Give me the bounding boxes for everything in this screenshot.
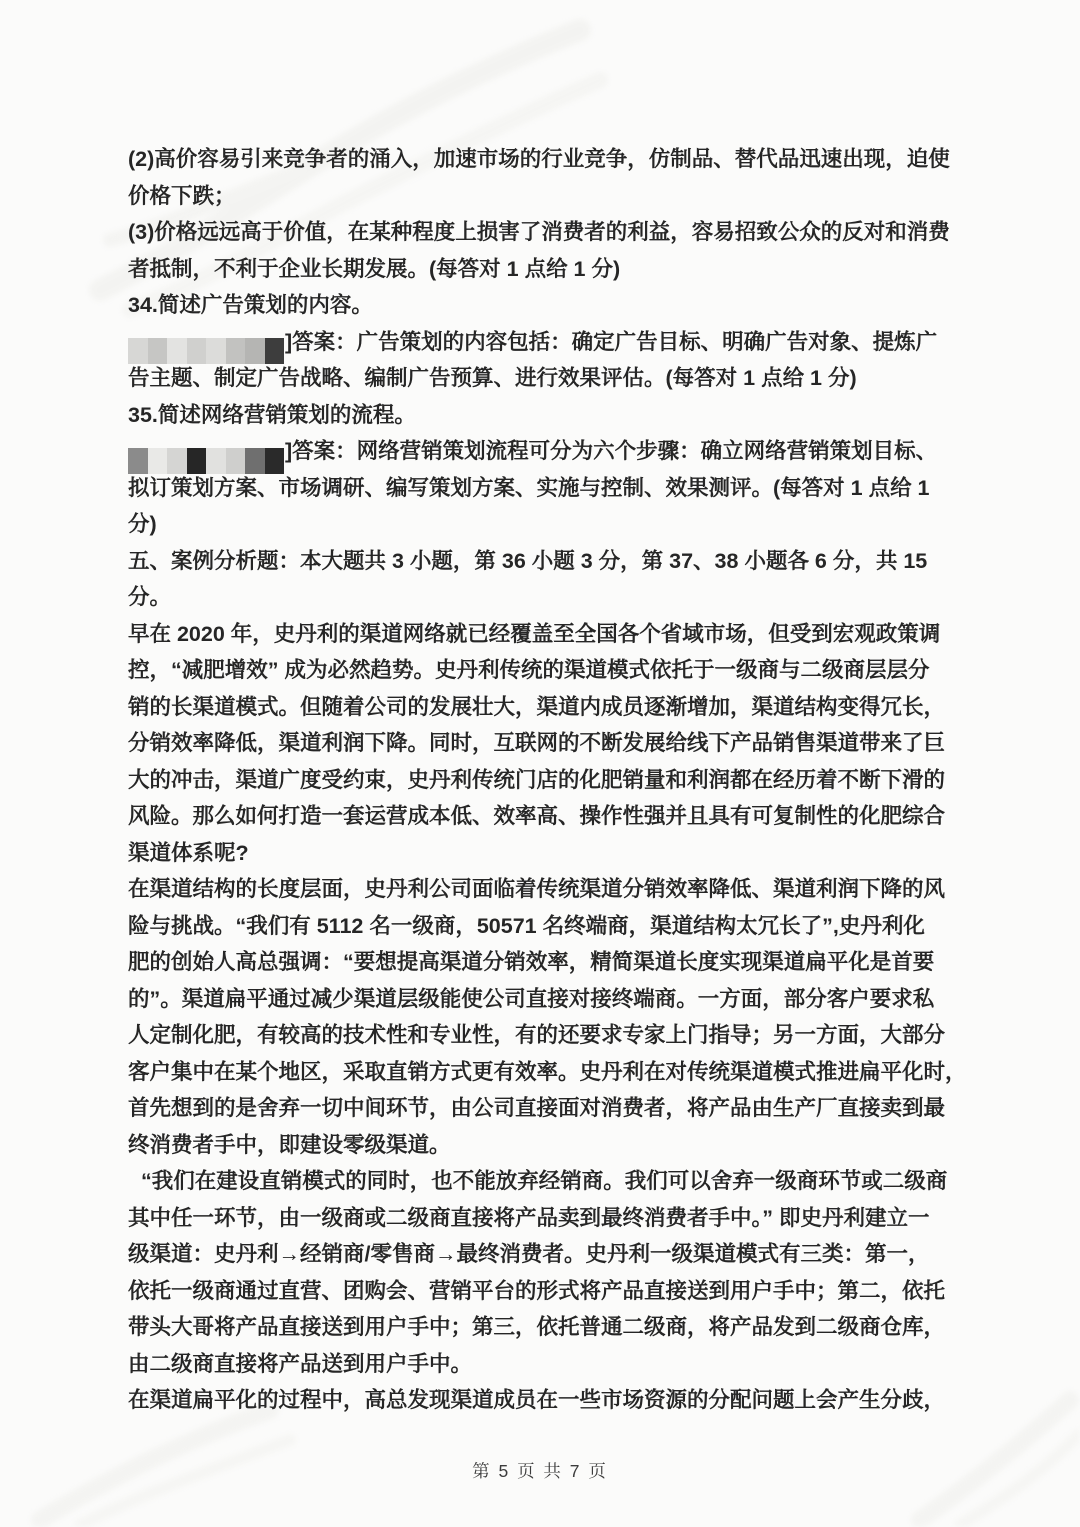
text-line: 人定制化肥，有较高的技术性和专业性，有的还要求专家上门指导；另一方面，大部分 — [128, 1017, 956, 1054]
text-line: 在渠道结构的长度层面，史丹利公司面临着传统渠道分销效率降低、渠道利润下降的风 — [128, 871, 956, 908]
text-line: ]答案：网络营销策划流程可分为六个步骤：确立网络营销策划目标、 — [128, 433, 956, 470]
line-text: 终消费者手中，即建设零级渠道。 — [128, 1133, 451, 1157]
text-line: 由二级商直接将产品送到用户手中。 — [128, 1346, 956, 1383]
line-text: 34.简述广告策划的内容。 — [128, 293, 373, 317]
line-text: 其中任一环节，由一级商或二级商直接将产品卖到最终消费者手中。” 即史丹利建立一 — [128, 1206, 929, 1230]
line-text: 在渠道扁平化的过程中，高总发现渠道成员在一些市场资源的分配问题上会产生分歧， — [128, 1388, 945, 1412]
line-text: 人定制化肥，有较高的技术性和专业性，有的还要求专家上门指导；另一方面，大部分 — [128, 1023, 945, 1047]
text-line: 大的冲击，渠道广度受约束，史丹利传统门店的化肥销量和利润都在经历着不断下滑的 — [128, 762, 956, 799]
line-text: 价格下跌； — [128, 184, 236, 208]
line-text: ]答案：广告策划的内容包括：确定广告目标、明确广告对象、提炼广 — [285, 330, 937, 354]
line-text: 险与挑战。“我们有 5112 名一级商，50571 名终端商，渠道结构太冗长了”… — [128, 914, 925, 938]
line-text: ]答案：网络营销策划流程可分为六个步骤：确立网络营销策划目标、 — [285, 439, 937, 463]
text-line: 五、案例分析题：本大题共 3 小题，第 36 小题 3 分，第 37、38 小题… — [128, 543, 956, 580]
text-line: 价格下跌； — [128, 178, 956, 215]
text-line: (2)高价容易引来竞争者的涌入，加速市场的行业竞争，仿制品、替代品迅速出现，迫使 — [128, 141, 956, 178]
text-line: 在渠道扁平化的过程中，高总发现渠道成员在一些市场资源的分配问题上会产生分歧， — [128, 1382, 956, 1419]
line-text: 首先想到的是舍弃一切中间环节，由公司直接面对消费者，将产品由生产厂直接卖到最 — [128, 1096, 945, 1120]
text-line: 险与挑战。“我们有 5112 名一级商，50571 名终端商，渠道结构太冗长了”… — [128, 908, 956, 945]
text-line: “我们在建设直销模式的同时，也不能放弃经销商。我们可以舍弃一级商环节或二级商 — [128, 1163, 956, 1200]
line-text: 级渠道：史丹利→经销商/零售商→最终消费者。史丹利一级渠道模式有三类：第一， — [128, 1242, 929, 1266]
censored-mosaic — [128, 328, 284, 354]
line-text: 依托一级商通过直营、团购会、营销平台的形式将产品直接送到用户手中；第二，依托 — [128, 1279, 945, 1303]
text-line: 肥的创始人高总强调：“要想提高渠道分销效率，精简渠道长度实现渠道扁平化是首要 — [128, 944, 956, 981]
line-text: 五、案例分析题：本大题共 3 小题，第 36 小题 3 分，第 37、38 小题… — [128, 549, 927, 573]
text-line: ]答案：广告策划的内容包括：确定广告目标、明确广告对象、提炼广 — [128, 324, 956, 361]
text-line: 分。 — [128, 579, 956, 616]
page-number: 第 5 页 共 7 页 — [472, 1461, 608, 1481]
text-line: 分) — [128, 506, 956, 543]
line-text: 销的长渠道模式。但随着公司的发展壮大，渠道内成员逐渐增加，渠道结构变得冗长， — [128, 695, 945, 719]
line-text: 分。 — [128, 585, 171, 609]
line-text: 分销效率降低，渠道利润下降。同时，互联网的不断发展给线下产品销售渠道带来了巨 — [128, 731, 945, 755]
text-line: 早在 2020 年，史丹利的渠道网络就已经覆盖至全国各个省域市场，但受到宏观政策… — [128, 616, 956, 653]
text-line: (3)价格远远高于价值，在某种程度上损害了消费者的利益，容易招致公众的反对和消费 — [128, 214, 956, 251]
line-text: 的”。渠道扁平通过减少渠道层级能使公司直接对接终端商。一方面，部分客户要求私 — [128, 987, 934, 1011]
document-body: (2)高价容易引来竞争者的涌入，加速市场的行业竞争，仿制品、替代品迅速出现，迫使… — [128, 141, 956, 1419]
text-line: 控，“减肥增效” 成为必然趋势。史丹利传统的渠道模式依托于一级商与二级商层层分 — [128, 652, 956, 689]
text-line: 依托一级商通过直营、团购会、营销平台的形式将产品直接送到用户手中；第二，依托 — [128, 1273, 956, 1310]
line-text: (3)价格远远高于价值，在某种程度上损害了消费者的利益，容易招致公众的反对和消费 — [128, 220, 950, 244]
line-text: 风险。那么如何打造一套运营成本低、效率高、操作性强并且具有可复制性的化肥综合 — [128, 804, 945, 828]
line-text: 客户集中在某个地区，采取直销方式更有效率。史丹利在对传统渠道模式推进扁平化时， — [128, 1060, 967, 1084]
text-line: 终消费者手中，即建设零级渠道。 — [128, 1127, 956, 1164]
text-line: 销的长渠道模式。但随着公司的发展壮大，渠道内成员逐渐增加，渠道结构变得冗长， — [128, 689, 956, 726]
text-line: 34.简述广告策划的内容。 — [128, 287, 956, 324]
line-text: 早在 2020 年，史丹利的渠道网络就已经覆盖至全国各个省域市场，但受到宏观政策… — [128, 622, 940, 646]
line-text: 在渠道结构的长度层面，史丹利公司面临着传统渠道分销效率降低、渠道利润下降的风 — [128, 877, 945, 901]
line-text: (2)高价容易引来竞争者的涌入，加速市场的行业竞争，仿制品、替代品迅速出现，迫使 — [128, 147, 950, 171]
text-line: 风险。那么如何打造一套运营成本低、效率高、操作性强并且具有可复制性的化肥综合 — [128, 798, 956, 835]
text-line: 客户集中在某个地区，采取直销方式更有效率。史丹利在对传统渠道模式推进扁平化时， — [128, 1054, 956, 1091]
text-line: 其中任一环节，由一级商或二级商直接将产品卖到最终消费者手中。” 即史丹利建立一 — [128, 1200, 956, 1237]
page-footer: 第 5 页 共 7 页 — [0, 1458, 1080, 1483]
line-text: 肥的创始人高总强调：“要想提高渠道分销效率，精简渠道长度实现渠道扁平化是首要 — [128, 950, 934, 974]
line-text: “我们在建设直销模式的同时，也不能放弃经销商。我们可以舍弃一级商环节或二级商 — [141, 1169, 947, 1193]
line-text: 渠道体系呢? — [128, 841, 249, 865]
text-line: 分销效率降低，渠道利润下降。同时，互联网的不断发展给线下产品销售渠道带来了巨 — [128, 725, 956, 762]
censored-mosaic — [128, 437, 284, 463]
text-line: 首先想到的是舍弃一切中间环节，由公司直接面对消费者，将产品由生产厂直接卖到最 — [128, 1090, 956, 1127]
text-line: 的”。渠道扁平通过减少渠道层级能使公司直接对接终端商。一方面，部分客户要求私 — [128, 981, 956, 1018]
line-text: 拟订策划方案、市场调研、编写策划方案、实施与控制、效果测评。(每答对 1 点给 … — [128, 476, 930, 500]
text-line: 渠道体系呢? — [128, 835, 956, 872]
text-line: 35.简述网络营销策划的流程。 — [128, 397, 956, 434]
line-text: 带头大哥将产品直接送到用户手中；第三，依托普通二级商，将产品发到二级商仓库， — [128, 1315, 945, 1339]
text-line: 者抵制，不利于企业长期发展。(每答对 1 点给 1 分) — [128, 251, 956, 288]
text-line: 拟订策划方案、市场调研、编写策划方案、实施与控制、效果测评。(每答对 1 点给 … — [128, 470, 956, 507]
text-line: 告主题、制定广告战略、编制广告预算、进行效果评估。(每答对 1 点给 1 分) — [128, 360, 956, 397]
line-text: 告主题、制定广告战略、编制广告预算、进行效果评估。(每答对 1 点给 1 分) — [128, 366, 857, 390]
line-text: 分) — [128, 512, 157, 536]
line-text: 由二级商直接将产品送到用户手中。 — [128, 1352, 472, 1376]
line-text: 者抵制，不利于企业长期发展。(每答对 1 点给 1 分) — [128, 257, 620, 281]
line-text: 大的冲击，渠道广度受约束，史丹利传统门店的化肥销量和利润都在经历着不断下滑的 — [128, 768, 945, 792]
text-line: 带头大哥将产品直接送到用户手中；第三，依托普通二级商，将产品发到二级商仓库， — [128, 1309, 956, 1346]
document-page: (2)高价容易引来竞争者的涌入，加速市场的行业竞争，仿制品、替代品迅速出现，迫使… — [0, 0, 1080, 1527]
text-line: 级渠道：史丹利→经销商/零售商→最终消费者。史丹利一级渠道模式有三类：第一， — [128, 1236, 956, 1273]
line-text: 35.简述网络营销策划的流程。 — [128, 403, 416, 427]
line-text: 控，“减肥增效” 成为必然趋势。史丹利传统的渠道模式依托于一级商与二级商层层分 — [128, 658, 929, 682]
